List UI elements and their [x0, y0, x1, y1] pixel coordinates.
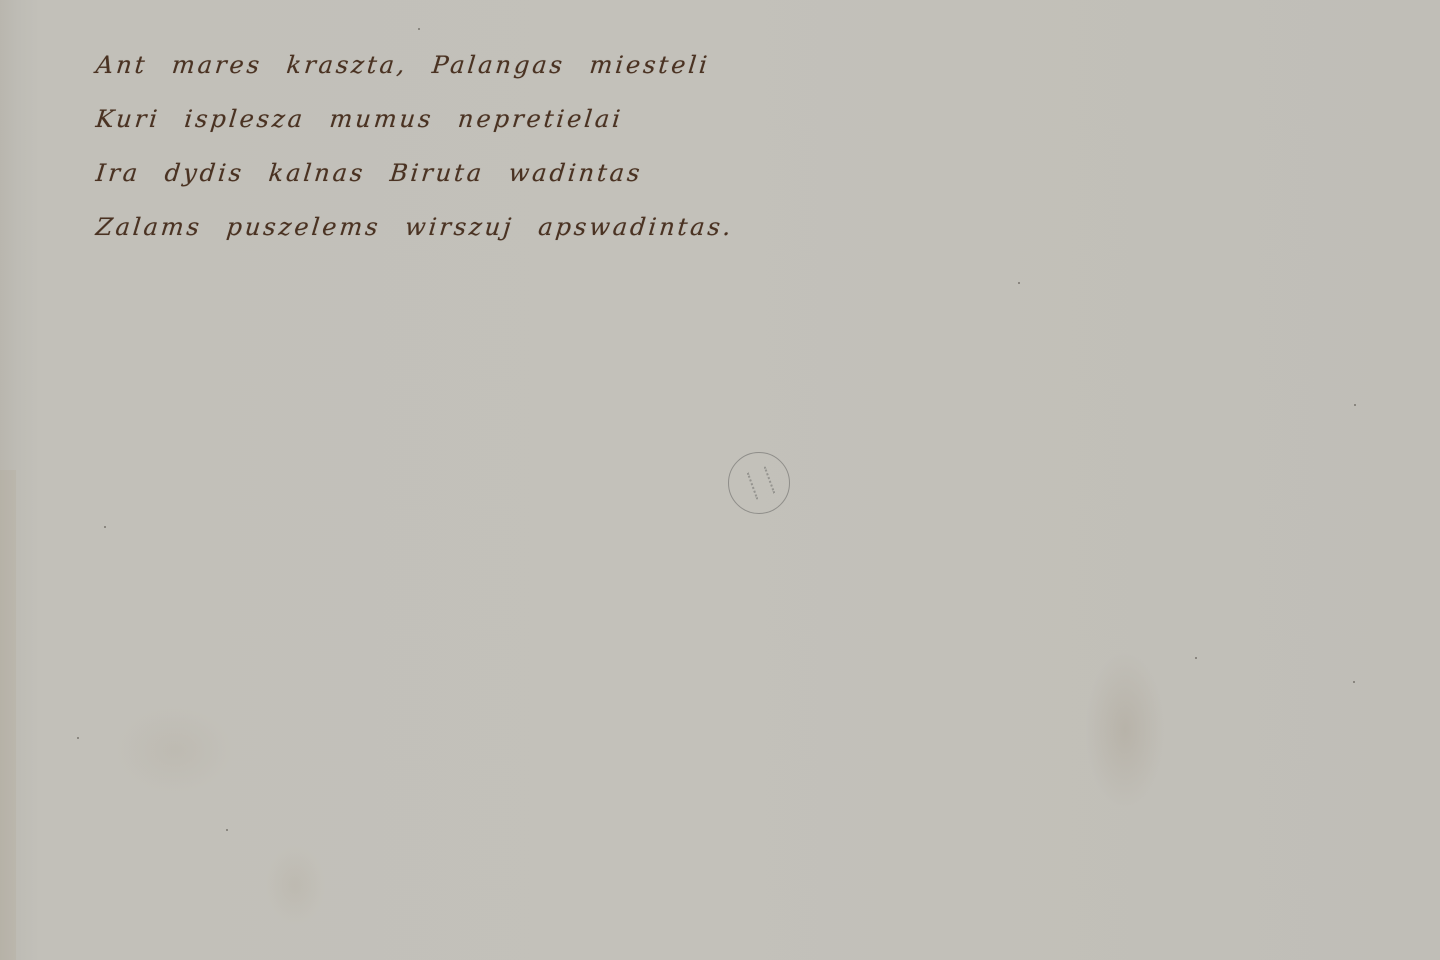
- paper-edge-shadow: [0, 470, 16, 960]
- paper-speck: [77, 737, 79, 739]
- paper-speck: [226, 829, 228, 831]
- manuscript-page: Ant mares kraszta, Palangas miesteli Kur…: [0, 0, 1440, 960]
- library-stamp-icon: [728, 452, 790, 514]
- paper-speck: [104, 526, 106, 528]
- paper-speck: [418, 28, 420, 30]
- verse-line-1: Ant mares kraszta, Palangas miesteli: [93, 38, 879, 92]
- verse-line-2: Kuri isplesza mumus nepretielai: [93, 92, 879, 146]
- paper-speck: [1018, 282, 1020, 284]
- paper-speck: [1354, 404, 1356, 406]
- verse-line-3: Ira dydis kalnas Biruta wadintas: [93, 146, 879, 200]
- paper-speck: [1195, 657, 1197, 659]
- paper-speck: [1353, 681, 1355, 683]
- verse-line-4: Zalams puszelems wirszuj apswadintas.: [93, 200, 879, 254]
- handwritten-verse: Ant mares kraszta, Palangas miesteli Kur…: [96, 38, 876, 254]
